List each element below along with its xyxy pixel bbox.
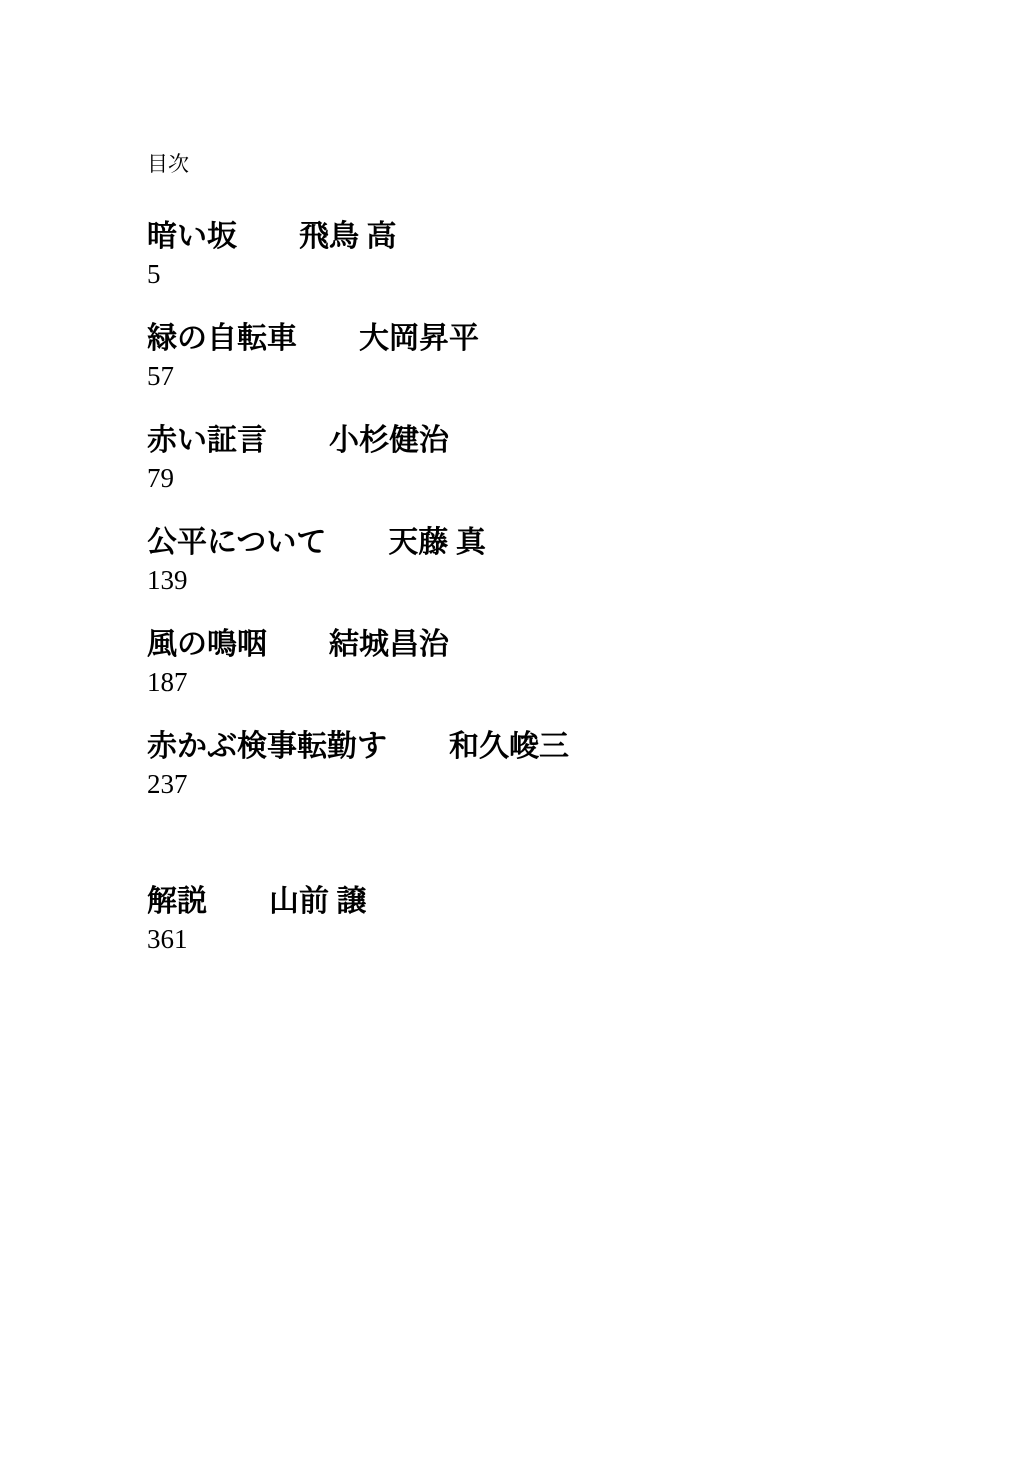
toc-entry: 赤い証言小杉健治 79	[147, 421, 933, 495]
entry-page-number: 139	[147, 563, 933, 597]
entry-author: 飛鳥 高	[299, 220, 397, 253]
entry-title: 公平について	[147, 526, 326, 559]
entry-title-line: 赤かぶ検事転勤す和久峻三	[147, 727, 933, 767]
entry-title-line: 緑の自転車大岡昇平	[147, 319, 933, 359]
entry-author: 結城昌治	[329, 628, 449, 661]
entry-page-number: 237	[147, 767, 933, 801]
entry-title-line: 公平について天藤 真	[147, 523, 933, 563]
entry-title: 赤い証言	[147, 424, 267, 457]
entry-page-number: 79	[147, 461, 933, 495]
entry-page-number: 5	[147, 257, 933, 291]
entry-title-line: 風の鳴咽結城昌治	[147, 625, 933, 665]
entry-title: 赤かぶ検事転勤す	[147, 730, 387, 763]
toc-page: 目次 暗い坂飛鳥 高 5 緑の自転車大岡昇平 57 赤い証言小杉健治 79 公平…	[0, 0, 1033, 1476]
entry-author: 和久峻三	[449, 730, 569, 763]
entry-author: 山前 譲	[269, 885, 367, 918]
entry-title-line: 暗い坂飛鳥 高	[147, 217, 933, 257]
entry-author: 天藤 真	[388, 526, 486, 559]
toc-entry: 暗い坂飛鳥 高 5	[147, 217, 933, 291]
toc-entry: 解説山前 譲 361	[147, 882, 933, 956]
toc-entry: 赤かぶ検事転勤す和久峻三 237	[147, 727, 933, 801]
toc-heading: 目次	[147, 152, 933, 176]
entry-page-number: 187	[147, 665, 933, 699]
entry-author: 小杉健治	[329, 424, 449, 457]
entry-title: 風の鳴咽	[147, 628, 267, 661]
entry-title: 緑の自転車	[147, 322, 297, 355]
entry-author: 大岡昇平	[359, 322, 479, 355]
entry-page-number: 57	[147, 359, 933, 393]
entry-title: 暗い坂	[147, 220, 237, 253]
toc-entry: 風の鳴咽結城昌治 187	[147, 625, 933, 699]
entry-page-number: 361	[147, 922, 933, 956]
toc-entry: 公平について天藤 真 139	[147, 523, 933, 597]
toc-entry-list: 暗い坂飛鳥 高 5 緑の自転車大岡昇平 57 赤い証言小杉健治 79 公平につい…	[147, 217, 933, 956]
entry-title-line: 解説山前 譲	[147, 882, 933, 922]
entry-title-line: 赤い証言小杉健治	[147, 421, 933, 461]
toc-entry: 緑の自転車大岡昇平 57	[147, 319, 933, 393]
entry-title: 解説	[147, 885, 207, 918]
